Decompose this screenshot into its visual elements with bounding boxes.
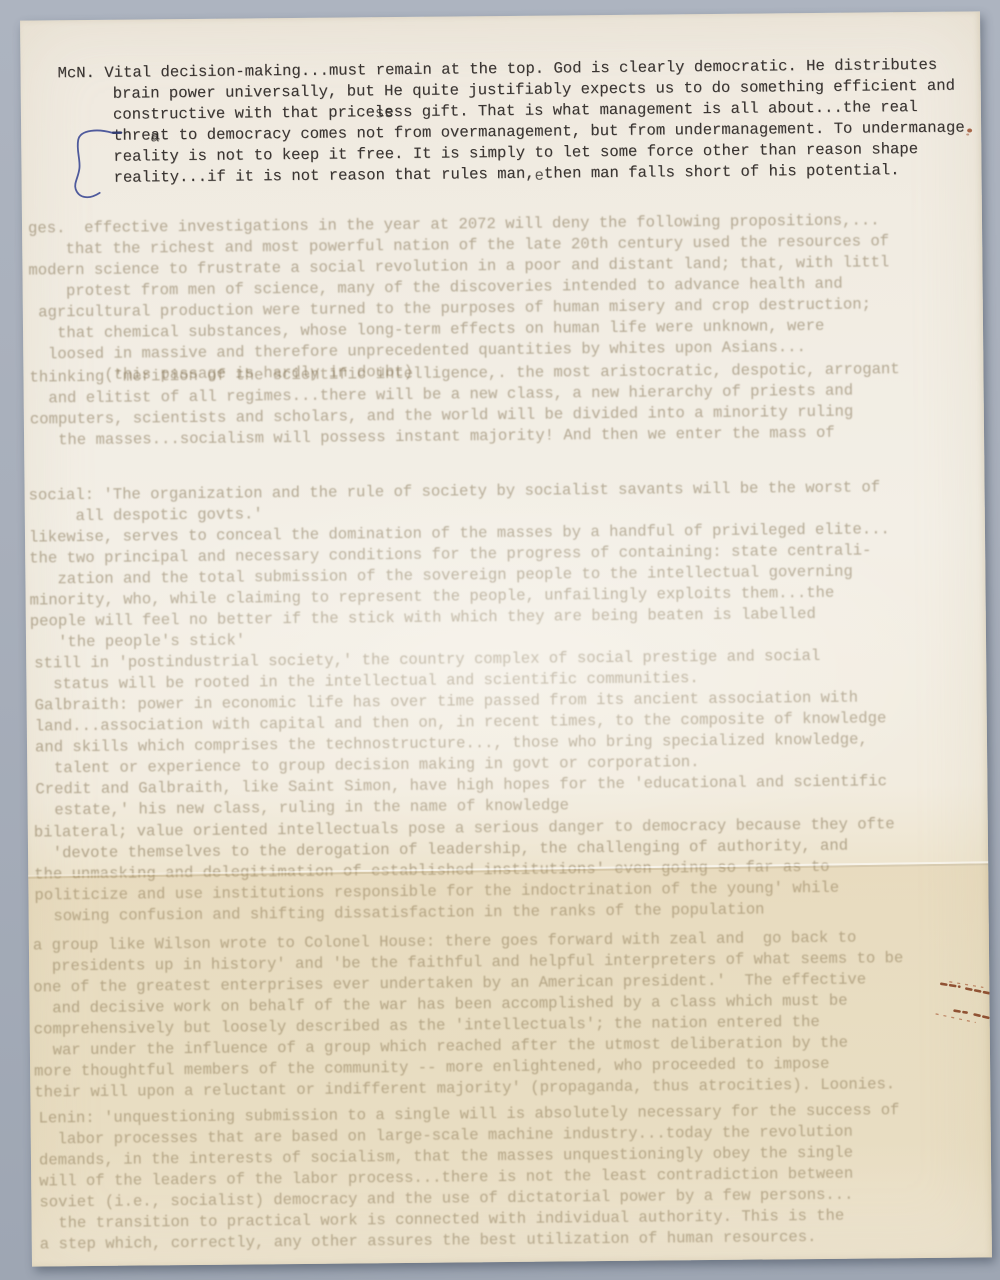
rust-streaks [20,11,992,1266]
rust-speck [967,129,972,133]
scan-background: { "document_type": "typewritten memo sca… [0,0,1000,1280]
paper-sheet: ges. effective investigations in the yea… [20,11,992,1266]
